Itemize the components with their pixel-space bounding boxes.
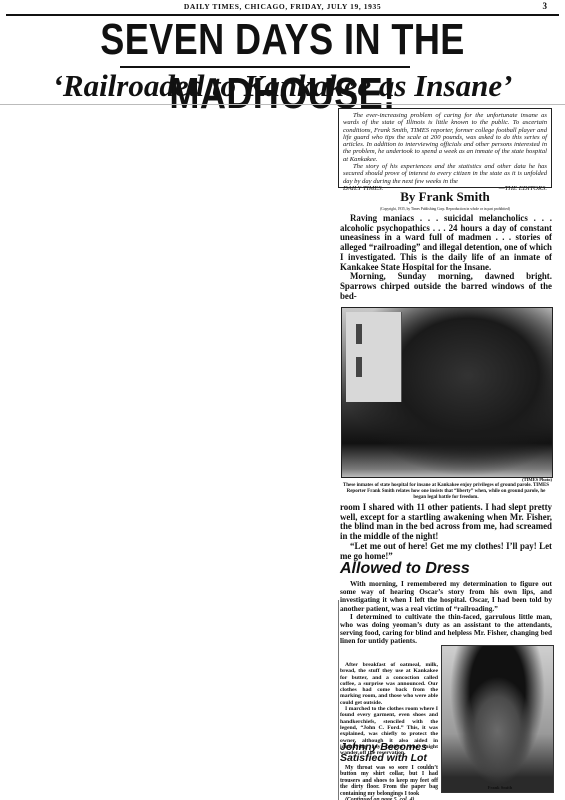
section-heading-johnny: Johnny Becomes Satisfied with Lot	[340, 742, 440, 764]
section1-text: With morning, I remembered my determinat…	[340, 580, 552, 646]
article-paragraph: I determined to cultivate the thin-faced…	[340, 613, 552, 646]
article-paragraph: room I shared with 11 other patients. I …	[340, 503, 552, 542]
article-continued-text: room I shared with 11 other patients. I …	[340, 503, 552, 561]
section-divider	[0, 104, 565, 105]
lead-text: Raving maniacs . . . suicidal melancholi…	[340, 214, 552, 301]
section2-text: My throat was so sore I couldn’t button …	[340, 765, 438, 800]
editor-note-paragraph: The ever-increasing problem of caring fo…	[343, 112, 547, 163]
byline: By Frank Smith	[338, 190, 552, 204]
lead-paragraph: Morning, Sunday morning, dawned bright. …	[340, 272, 552, 301]
page-number: 3	[543, 1, 548, 11]
article-paragraph: With morning, I remembered my determinat…	[340, 580, 552, 613]
section-heading-allowed-to-dress: Allowed to Dress	[340, 560, 552, 578]
editor-note-paragraph: The story of his experiences and the sta…	[343, 163, 547, 185]
article-paragraph: “Let me out of here! Get me my clothes! …	[340, 542, 552, 561]
subheadline: ‘Railroaded to Kankakee as Insane’	[0, 68, 565, 104]
lead-paragraph: Raving maniacs . . . suicidal melancholi…	[340, 214, 552, 272]
editor-note-box: The ever-increasing problem of caring fo…	[338, 108, 552, 188]
portrait-caption: Frank Smith	[470, 785, 530, 790]
column-rule	[338, 600, 339, 800]
hospital-grounds-photo	[341, 307, 553, 478]
photo-credit: (TIMES Photo)	[500, 477, 552, 482]
reporter-portrait-photo	[441, 645, 554, 793]
copyright-notice: (Copyright, 1935, by Times Publishing Co…	[338, 207, 552, 212]
building-shape	[346, 312, 402, 402]
photo-caption: These inmates of state hospital for insa…	[340, 483, 552, 500]
article-paragraph: My throat was so sore I couldn’t button …	[340, 765, 438, 797]
article-paragraph: After breakfast of oatmeal, milk, bread,…	[340, 662, 438, 706]
